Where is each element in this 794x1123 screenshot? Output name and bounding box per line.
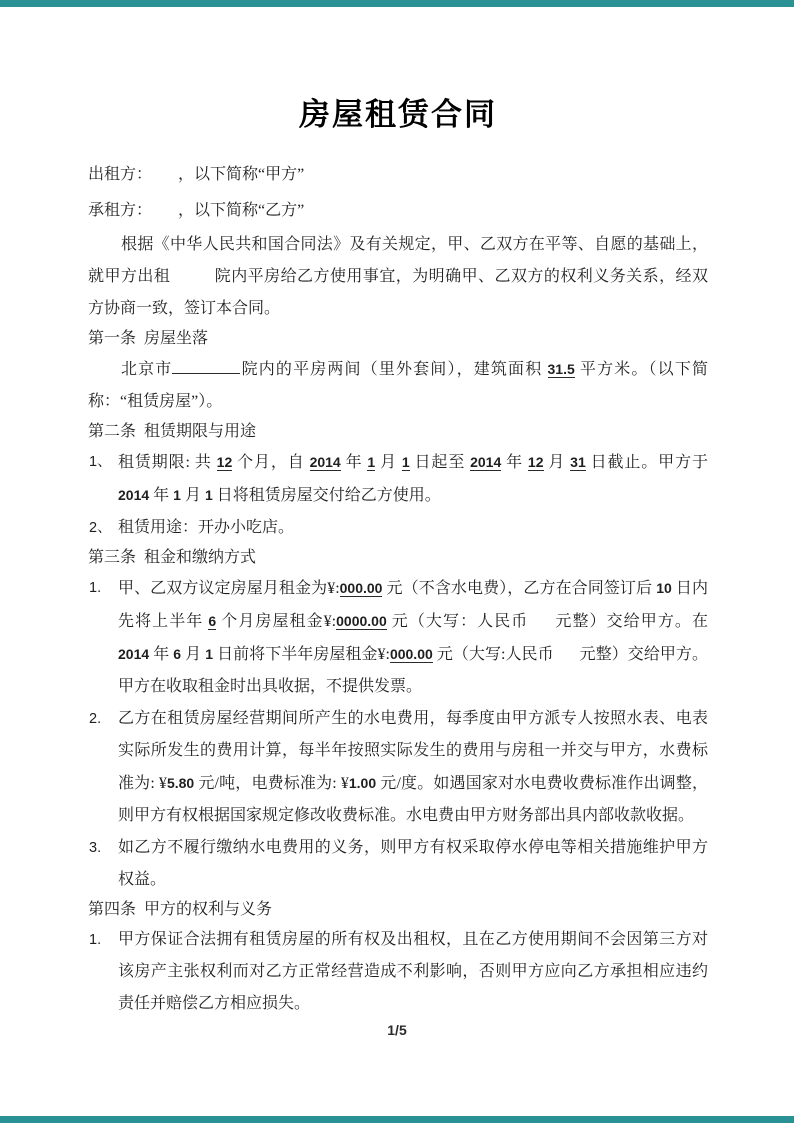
text-run: 第二条 租赁期限与用途 (88, 423, 256, 440)
text-run: 承租方： (88, 202, 152, 219)
text-run: 元整）交给甲方。在 (554, 613, 712, 630)
list-item: 2.乙方在租赁房屋经营期间所产生的水电费用，每季度由甲方派专人按照水表、电表实际… (88, 703, 708, 832)
blank-space (554, 646, 580, 659)
text-run: 1 (205, 487, 213, 503)
party-line: 承租方：，以下简称“乙方” (88, 193, 708, 229)
text-run: 000.00 (390, 646, 433, 663)
section-heading: 第一条 房屋坐落 (88, 325, 708, 353)
text-run: 1 (205, 646, 213, 662)
text-run: 5.80 (167, 775, 194, 791)
text-run: 北京市 (121, 361, 172, 378)
list-marker: 2、 (89, 512, 112, 544)
text-run: 31.5 (548, 361, 575, 378)
text-run: 元（不含水电费），乙方在合同签订后 (382, 580, 656, 597)
text-run: 2014 (310, 454, 341, 471)
list-marker: 1、 (89, 446, 112, 478)
page-content: 房屋租赁合同 出租方：，以下简称“甲方”承租方：，以下简称“乙方”根据《中华人民… (88, 7, 708, 1020)
text-run: 日将租赁房屋交付给乙方使用。 (213, 487, 441, 504)
text-run: 第一条 房屋坐落 (88, 330, 208, 347)
text-run: 10 (656, 580, 672, 596)
text-run: 2014 (470, 454, 501, 471)
text-run: 日起至 (410, 454, 470, 471)
text-run: 如乙方不履行缴纳水电费用的义务，则甲方有权采取停水停电等相关措施维护甲方权益。 (118, 839, 708, 888)
text-run: 月 (181, 487, 205, 504)
text-run: 12 (217, 454, 233, 471)
section-heading: 第三条 租金和缴纳方式 (88, 544, 708, 572)
text-run: 年 (149, 646, 173, 663)
blank-space (152, 166, 178, 179)
bottom-edge-bar (0, 1116, 794, 1123)
text-run: 6 (173, 646, 181, 662)
text-run: 年 (341, 454, 368, 471)
text-run: 元（大写：人民币 (387, 613, 529, 630)
text-run: 月 (181, 646, 205, 663)
list-marker: 3. (89, 832, 101, 864)
text-run: 租赁用途：开办小吃店。 (118, 519, 294, 536)
text-run: 甲、乙双方议定房屋月租金为¥: (118, 580, 340, 597)
text-run: 2014 (118, 487, 149, 503)
text-run: 2014 (118, 646, 149, 662)
text-run: 院内的平房两间（里外套间），建筑面积 (240, 361, 547, 378)
text-run: 出租方： (88, 166, 152, 183)
text-run: 1 (402, 454, 410, 471)
blank-space (528, 613, 554, 626)
text-run: 31 (570, 454, 586, 471)
text-run: ，以下简称“乙方” (178, 202, 304, 219)
text-run: 日截止。甲方于 (586, 454, 712, 471)
top-edge-bar (0, 0, 794, 7)
list-item: 1.甲方保证合法拥有租赁房屋的所有权及出租权，且在乙方使用期间不会因第三方对该房… (88, 924, 708, 1020)
party-line: 出租方：，以下简称“甲方” (88, 157, 708, 193)
text-run: 1 (173, 487, 181, 503)
paragraph: 北京市院内的平房两间（里外套间），建筑面积 31.5 平方米。（以下简称：“租赁… (88, 353, 708, 418)
text-run: 元（大写:人民币 (433, 646, 554, 663)
text-run: 12 (528, 454, 544, 471)
list-item: 3.如乙方不履行缴纳水电费用的义务，则甲方有权采取停水停电等相关措施维护甲方权益… (88, 832, 708, 896)
list-marker: 2. (89, 703, 101, 735)
text-run: 个月，自 (232, 454, 309, 471)
text-run: 年 (149, 487, 173, 504)
text-run: 000.00 (340, 580, 383, 597)
text-run: 第四条 甲方的权利与义务 (88, 901, 272, 918)
list-marker: 1. (89, 572, 101, 604)
text-run: 月 (544, 454, 571, 471)
text-run: 年 (501, 454, 528, 471)
text-run: 1.00 (349, 775, 376, 791)
list-item: 1、租赁期限: 共 12 个月，自 2014 年 1 月 1 日起至 2014 … (88, 446, 708, 512)
text-run: 租赁期限: 共 (118, 454, 217, 471)
list-item: 2、租赁用途：开办小吃店。 (88, 512, 708, 544)
blank-space (152, 202, 178, 215)
text-run: 第三条 租金和缴纳方式 (88, 549, 256, 566)
text-run: 甲方保证合法拥有租赁房屋的所有权及出租权，且在乙方使用期间不会因第三方对该房产主… (118, 931, 708, 1012)
text-run: 0000.00 (336, 613, 387, 630)
page-number: 1/5 (0, 1022, 794, 1038)
blank-underline-field (172, 361, 240, 374)
document-title: 房屋租赁合同 (88, 93, 708, 137)
text-run: 个月房屋租金¥: (216, 613, 336, 630)
document-page: 房屋租赁合同 出租方：，以下简称“甲方”承租方：，以下简称“乙方”根据《中华人民… (0, 0, 794, 1123)
list-item: 1.甲、乙双方议定房屋月租金为¥:000.00 元（不含水电费），乙方在合同签订… (88, 572, 708, 703)
paragraph: 根据《中华人民共和国合同法》及有关规定，甲、乙双方在平等、自愿的基础上，就甲方出… (88, 229, 708, 325)
text-run: 日前将下半年房屋租金¥: (213, 646, 390, 663)
doc-blocks: 出租方：，以下简称“甲方”承租方：，以下简称“乙方”根据《中华人民共和国合同法》… (88, 157, 708, 1020)
section-heading: 第四条 甲方的权利与义务 (88, 896, 708, 924)
text-run: 月 (375, 454, 402, 471)
list-marker: 1. (89, 924, 101, 956)
blank-space (170, 268, 214, 281)
text-run: 元/吨，电费标准为: ¥ (194, 775, 349, 792)
text-run: ，以下简称“甲方” (178, 166, 304, 183)
section-heading: 第二条 租赁期限与用途 (88, 418, 708, 446)
